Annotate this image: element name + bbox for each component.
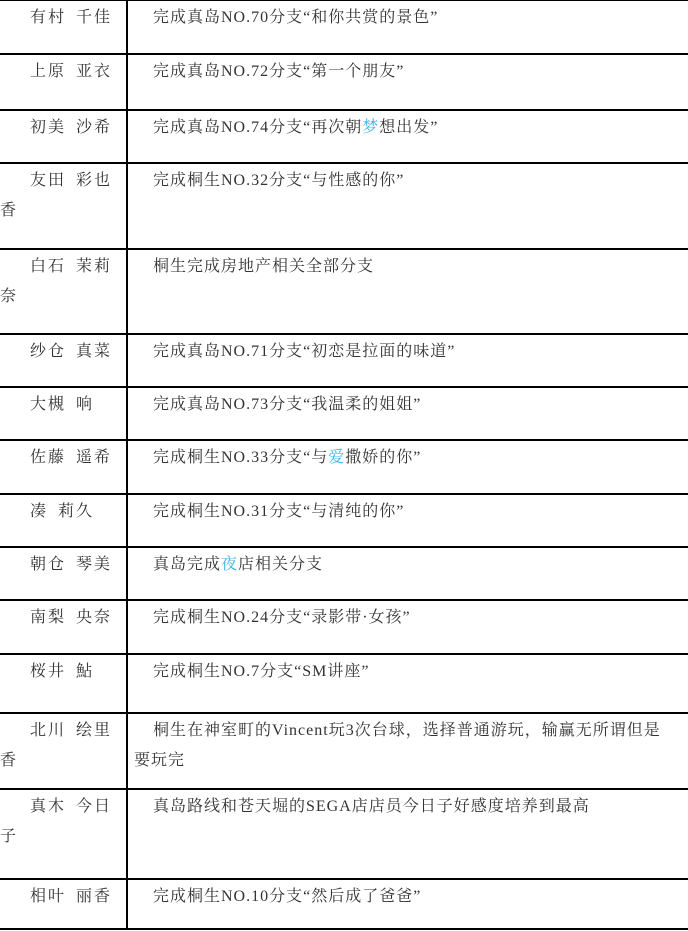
requirement-text: 真岛完成夜店相关分支 bbox=[153, 556, 323, 573]
hostess-name: 凑 莉久 bbox=[30, 503, 94, 520]
hostess-name-cell: 南梨 央奈 bbox=[0, 600, 127, 654]
requirement-text: 完成桐生NO.7分支“SM讲座” bbox=[153, 663, 369, 680]
hostess-name: 佐藤 遥希 bbox=[30, 449, 112, 466]
requirement-cell: 桐生完成房地产相关全部分支 bbox=[127, 249, 688, 334]
table-row: 白石 茉莉奈 桐生完成房地产相关全部分支 bbox=[0, 249, 688, 334]
hostess-name-cell: 有村 千佳 bbox=[0, 1, 127, 54]
requirement-segment: 想出发” bbox=[379, 119, 438, 136]
requirement-cell: 完成真岛NO.73分支“我温柔的姐姐” bbox=[127, 387, 688, 440]
highlighted-char: 梦 bbox=[362, 119, 379, 136]
requirement-cell: 完成真岛NO.72分支“第一个朋友” bbox=[127, 54, 688, 110]
hostess-name: 有村 千佳 bbox=[30, 9, 112, 26]
requirement-text: 完成桐生NO.33分支“与爱撒娇的你” bbox=[153, 449, 421, 466]
table-row: 北川 绘里香 桐生在神室町的Vincent玩3次台球，选择普通游玩，输赢无所谓但… bbox=[0, 713, 688, 789]
requirement-text: 完成真岛NO.71分支“初恋是拉面的味道” bbox=[153, 343, 455, 360]
requirement-cell: 完成桐生NO.10分支“然后成了爸爸” bbox=[127, 879, 688, 929]
hostess-name-cell: 纱仓 真菜 bbox=[0, 334, 127, 387]
requirement-segment: 店相关分支 bbox=[238, 556, 323, 573]
table-row: 凑 莉久 完成桐生NO.31分支“与清纯的你” bbox=[0, 494, 688, 547]
requirement-cell: 完成真岛NO.71分支“初恋是拉面的味道” bbox=[127, 334, 688, 387]
requirement-text: 完成真岛NO.73分支“我温柔的姐姐” bbox=[153, 396, 421, 413]
hostess-name: 纱仓 真菜 bbox=[30, 343, 112, 360]
table-row: 纱仓 真菜 完成真岛NO.71分支“初恋是拉面的味道” bbox=[0, 334, 688, 387]
requirement-text: 完成桐生NO.31分支“与清纯的你” bbox=[153, 503, 404, 520]
requirement-segment: 完成真岛NO.73分支“我温柔的姐姐” bbox=[153, 396, 421, 413]
requirement-segment: 完成桐生NO.31分支“与清纯的你” bbox=[153, 503, 404, 520]
hostess-name-cell: 相叶 丽香 bbox=[0, 879, 127, 929]
requirement-segment: 真岛完成 bbox=[153, 556, 221, 573]
requirement-segment: 真岛路线和苍天堀的SEGA店店员今日子好感度培养到最高 bbox=[153, 798, 590, 815]
hostess-name: 初美 沙希 bbox=[30, 119, 112, 136]
requirement-segment: 撒娇的你” bbox=[345, 449, 421, 466]
requirement-cell: 完成桐生NO.7分支“SM讲座” bbox=[127, 654, 688, 713]
requirement-cell: 完成桐生NO.32分支“与性感的你” bbox=[127, 163, 688, 249]
table-row: 上原 亚衣 完成真岛NO.72分支“第一个朋友” bbox=[0, 54, 688, 110]
requirement-cell: 完成桐生NO.31分支“与清纯的你” bbox=[127, 494, 688, 547]
table-row: 有村 千佳 完成真岛NO.70分支“和你共赏的景色” bbox=[0, 1, 688, 54]
requirement-segment: 完成真岛NO.70分支“和你共赏的景色” bbox=[153, 9, 438, 26]
hostess-name: 南梨 央奈 bbox=[30, 609, 112, 626]
hostess-name: 大槻 响 bbox=[30, 396, 94, 413]
hostess-name: 相叶 丽香 bbox=[30, 888, 112, 905]
hostess-name-cell: 凑 莉久 bbox=[0, 494, 127, 547]
hostess-name-cell: 白石 茉莉奈 bbox=[0, 249, 127, 334]
requirement-text: 桐生完成房地产相关全部分支 bbox=[153, 258, 374, 275]
hostess-name-cell: 上原 亚衣 bbox=[0, 54, 127, 110]
hostess-name: 白石 茉莉奈 bbox=[0, 258, 112, 305]
requirement-cell: 完成桐生NO.33分支“与爱撒娇的你” bbox=[127, 440, 688, 494]
requirement-text: 真岛路线和苍天堀的SEGA店店员今日子好感度培养到最高 bbox=[153, 798, 590, 815]
requirement-segment: 完成桐生NO.33分支“与 bbox=[153, 449, 328, 466]
requirement-text: 完成真岛NO.74分支“再次朝梦想出发” bbox=[153, 119, 438, 136]
requirement-cell: 真岛完成夜店相关分支 bbox=[127, 547, 688, 600]
requirement-segment: 完成桐生NO.10分支“然后成了爸爸” bbox=[153, 888, 421, 905]
hostess-name-cell: 朝仓 琴美 bbox=[0, 547, 127, 600]
table-row: 相叶 丽香 完成桐生NO.10分支“然后成了爸爸” bbox=[0, 879, 688, 929]
hostess-name-cell: 佐藤 遥希 bbox=[0, 440, 127, 494]
requirement-cell: 桐生在神室町的Vincent玩3次台球，选择普通游玩，输赢无所谓但是要玩完 bbox=[127, 713, 688, 789]
requirement-text: 完成桐生NO.24分支“录影带·女孩” bbox=[153, 609, 411, 626]
hostess-name: 桜井 鮎 bbox=[30, 663, 94, 680]
hostess-name-cell: 初美 沙希 bbox=[0, 110, 127, 163]
requirement-segment: 完成桐生NO.32分支“与性感的你” bbox=[153, 172, 404, 189]
table-row: 南梨 央奈 完成桐生NO.24分支“录影带·女孩” bbox=[0, 600, 688, 654]
hostess-name-cell: 桜井 鮎 bbox=[0, 654, 127, 713]
table-row: 初美 沙希 完成真岛NO.74分支“再次朝梦想出发” bbox=[0, 110, 688, 163]
table-row: 大槻 响 完成真岛NO.73分支“我温柔的姐姐” bbox=[0, 387, 688, 440]
requirement-text: 完成真岛NO.70分支“和你共赏的景色” bbox=[153, 9, 438, 26]
requirement-segment: 完成真岛NO.72分支“第一个朋友” bbox=[153, 63, 404, 80]
hostess-name: 北川 绘里香 bbox=[0, 722, 112, 769]
hostess-name: 真木 今日子 bbox=[0, 798, 112, 845]
hostess-name-cell: 真木 今日子 bbox=[0, 789, 127, 879]
requirement-text: 完成桐生NO.10分支“然后成了爸爸” bbox=[153, 888, 421, 905]
requirement-segment: 完成桐生NO.24分支“录影带·女孩” bbox=[153, 609, 411, 626]
requirement-segment: 桐生完成房地产相关全部分支 bbox=[153, 258, 374, 275]
table-row: 桜井 鮎 完成桐生NO.7分支“SM讲座” bbox=[0, 654, 688, 713]
requirement-cell: 完成真岛NO.74分支“再次朝梦想出发” bbox=[127, 110, 688, 163]
requirement-segment: 完成真岛NO.74分支“再次朝 bbox=[153, 119, 362, 136]
table-row: 友田 彩也香 完成桐生NO.32分支“与性感的你” bbox=[0, 163, 688, 249]
requirement-text: 完成桐生NO.32分支“与性感的你” bbox=[153, 172, 404, 189]
requirement-text: 完成真岛NO.72分支“第一个朋友” bbox=[153, 63, 404, 80]
hostess-name: 上原 亚衣 bbox=[30, 63, 112, 80]
table-row: 真木 今日子 真岛路线和苍天堀的SEGA店店员今日子好感度培养到最高 bbox=[0, 789, 688, 879]
hostess-name: 朝仓 琴美 bbox=[30, 556, 112, 573]
requirement-cell: 完成真岛NO.70分支“和你共赏的景色” bbox=[127, 1, 688, 54]
table-row: 佐藤 遥希 完成桐生NO.33分支“与爱撒娇的你” bbox=[0, 440, 688, 494]
requirement-segment: 完成桐生NO.7分支“SM讲座” bbox=[153, 663, 369, 680]
hostess-unlock-table: 有村 千佳 完成真岛NO.70分支“和你共赏的景色” 上原 亚衣 完成真岛NO.… bbox=[0, 0, 688, 930]
hostess-name-cell: 北川 绘里香 bbox=[0, 713, 127, 789]
requirement-cell: 完成桐生NO.24分支“录影带·女孩” bbox=[127, 600, 688, 654]
rows-body: 有村 千佳 完成真岛NO.70分支“和你共赏的景色” 上原 亚衣 完成真岛NO.… bbox=[0, 1, 688, 929]
hostess-name: 友田 彩也香 bbox=[0, 172, 112, 219]
page: 有村 千佳 完成真岛NO.70分支“和你共赏的景色” 上原 亚衣 完成真岛NO.… bbox=[0, 0, 688, 931]
table-row: 朝仓 琴美 真岛完成夜店相关分支 bbox=[0, 547, 688, 600]
requirement-cell: 真岛路线和苍天堀的SEGA店店员今日子好感度培养到最高 bbox=[127, 789, 688, 879]
highlighted-char: 夜 bbox=[221, 556, 238, 573]
hostess-name-cell: 友田 彩也香 bbox=[0, 163, 127, 249]
highlighted-char: 爱 bbox=[328, 449, 345, 466]
hostess-name-cell: 大槻 响 bbox=[0, 387, 127, 440]
requirement-segment: 桐生在神室町的Vincent玩3次台球，选择普通游玩，输赢无所谓但是要玩完 bbox=[134, 722, 661, 769]
requirement-segment: 完成真岛NO.71分支“初恋是拉面的味道” bbox=[153, 343, 455, 360]
requirement-text: 桐生在神室町的Vincent玩3次台球，选择普通游玩，输赢无所谓但是要玩完 bbox=[134, 722, 661, 769]
